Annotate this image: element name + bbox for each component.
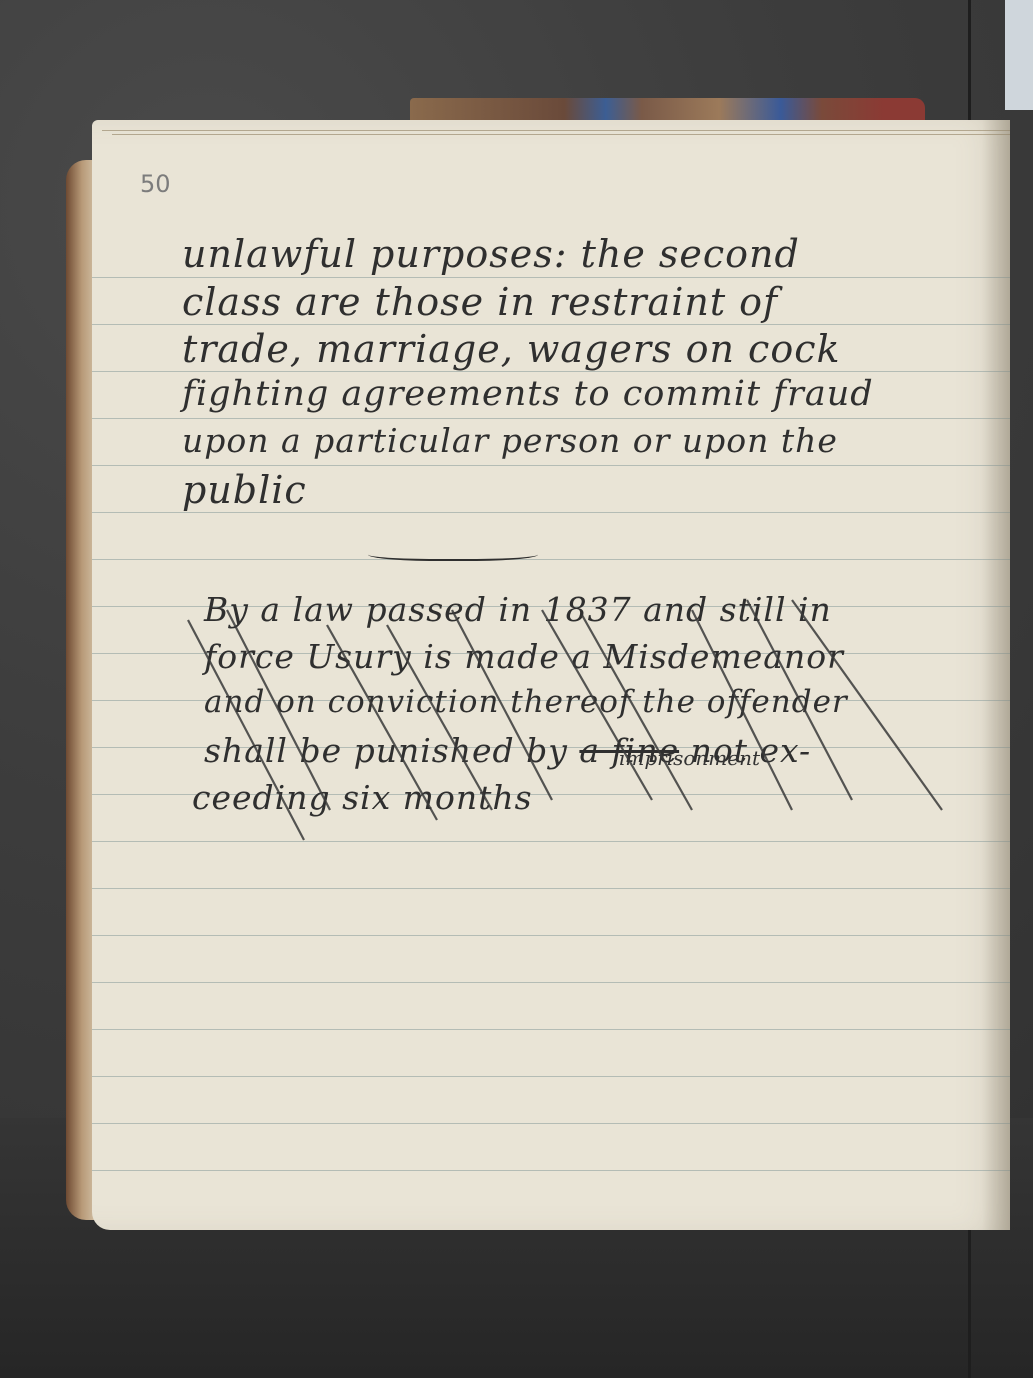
- adjacent-page-strip: [1005, 0, 1033, 110]
- cancellation-strokes: [92, 120, 1010, 1230]
- gutter-shadow: [982, 120, 1010, 1230]
- marbled-cover-edge: [410, 98, 925, 120]
- notebook-page: 50 unlawful purposes: the second class a…: [92, 120, 1010, 1230]
